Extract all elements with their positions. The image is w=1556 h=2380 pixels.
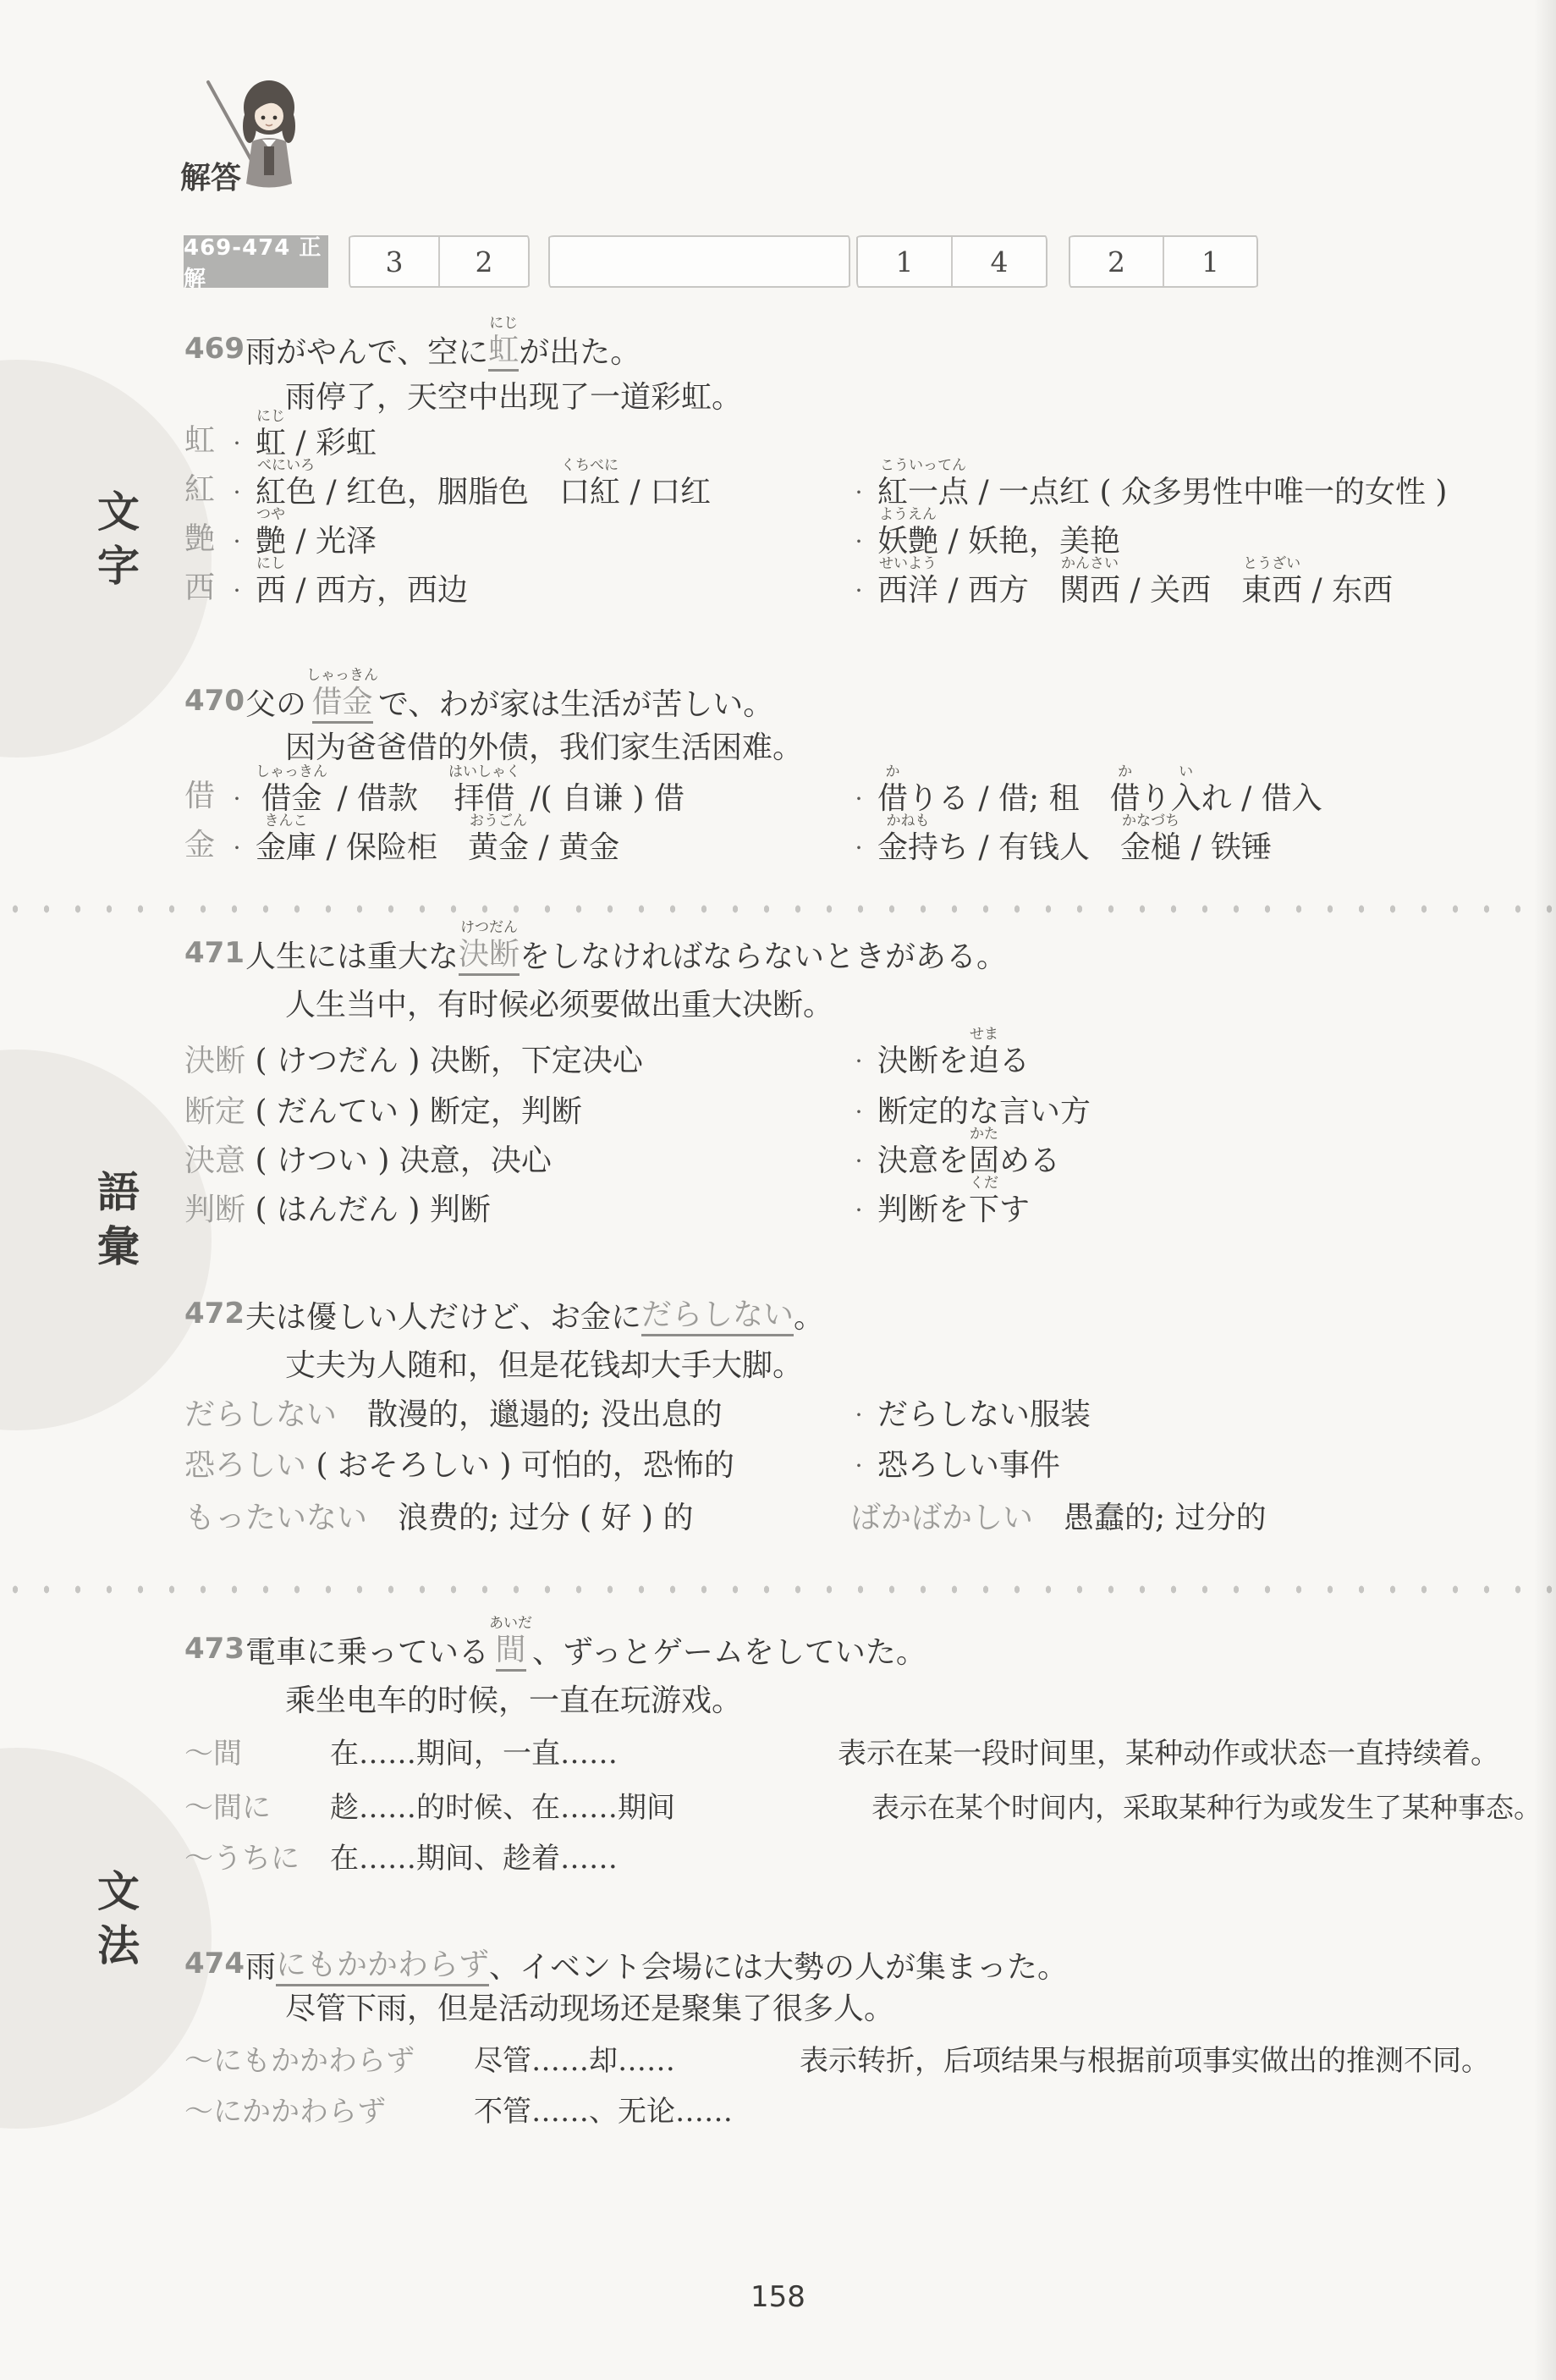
vocab-row: 紅 ・べにいろ紅色 / 红色，胭脂色 くちべに口紅 / 口红 ・こういってん紅一…	[184, 457, 1556, 511]
grammar-explanation: 表示在某个时间内，采取某种行为或发生了某种事态。	[871, 1789, 1542, 1826]
vocab-row: 虹 ・にじ虹 / 彩虹	[184, 408, 1556, 462]
dotted-divider	[0, 1583, 1556, 1596]
cn-translation-470: 因为爸爸借的外债，我们家生活困难。	[285, 730, 803, 767]
vocab-right: ・か借 りる / 借; 租 か借 りい入 れ / 借入	[850, 763, 1322, 818]
vocab-left: もったいない 浪费的; 过分 ( 好 ) 的	[184, 1483, 693, 1537]
grammar-row: 〜うちに 在……期间、趁着……	[184, 1823, 1556, 1877]
jp-sentence-471: 人生には重大なけつだん決断 をしなければならないときがある。	[245, 919, 1007, 976]
cn-translation-474: 尽管下雨，但是活动现场还是聚集了很多人。	[285, 1991, 894, 2028]
vocab-right: ・ だらしない服装	[850, 1380, 1091, 1434]
question-number-470: 470	[184, 682, 245, 719]
sidebar-tab-moji: 文字	[85, 489, 146, 598]
sidebar-tab-bunpou: 文法	[85, 1869, 146, 1977]
grammar-meaning: 不管……、无论……	[474, 2093, 733, 2130]
vocab-right: ・ようえん妖艶 / 妖艳，美艳	[850, 506, 1120, 560]
grammar-meaning: 趁……的时候、在……期间	[330, 1789, 675, 1826]
answer-cell-469: 3	[350, 237, 438, 286]
vocab-right: ・せいよう西洋 / 西方 かんさい関西 / 关西 とうざい東西 / 东西	[850, 555, 1393, 609]
grammar-row: 〜にかかわらず 不管……、无论……	[184, 2076, 1556, 2130]
grammar-term: 〜間	[184, 1735, 242, 1772]
question-number-472: 472	[184, 1295, 245, 1332]
answer-cell-473: 2	[1070, 237, 1163, 286]
answer-range-label: 469-474 正解	[184, 235, 328, 288]
cn-translation-471: 人生当中，有时候必须要做出重大决断。	[285, 987, 833, 1024]
headword: 西	[184, 564, 215, 607]
vocab-right: ・ 判断をくだ下 す	[850, 1175, 1030, 1229]
vocab-row: 恐ろしい ( おそろしい ) 可怕的，恐怖的 ・ 恐ろしい事件	[184, 1430, 1556, 1485]
jp-sentence-472: 夫は優しい人だけど、お金に だらしない 。	[245, 1280, 824, 1336]
answer-strip-2: 1 4	[856, 235, 1047, 288]
vocab-row: 西 ・にし西 / 西方，西边 ・せいよう西洋 / 西方 かんさい関西 / 关西 …	[184, 555, 1556, 609]
grammar-row: 〜間に 趁……的时候、在……期间 表示在某个时间内，采取某种行为或发生了某种事态…	[184, 1772, 1556, 1826]
vocab-right: ・ 恐ろしい事件	[850, 1430, 1060, 1485]
grammar-term: 〜にもかかわらず	[184, 2042, 415, 2080]
grammar-row: 〜間 在……期间，一直…… 表示在某一段时间里，某种动作或状态一直持续着。	[184, 1718, 1556, 1772]
vocab-right: ・ 断定的な言い方	[850, 1077, 1091, 1131]
headword: 虹	[184, 416, 215, 460]
cn-translation-473: 乘坐电车的时候，一直在玩游戏。	[285, 1683, 742, 1720]
headword: 金	[184, 821, 215, 864]
vocab-right: ・かねも金持 ち / 有钱人 かなづち金槌 / 铁锤	[850, 813, 1272, 867]
jp-sentence-473: 電車に乗っているあいだ間 、ずっとゲームをしていた。	[245, 1615, 926, 1672]
vocab-row: 艶 ・つや艶 / 光泽 ・ようえん妖艶 / 妖艳，美艳	[184, 506, 1556, 560]
question-number-471: 471	[184, 934, 245, 972]
vocab-left: ・にし西 / 西方，西边	[228, 555, 468, 609]
question-number-474: 474	[184, 1945, 245, 1982]
vocab-left: 決意 ( けつい ) 决意，决心	[184, 1126, 552, 1180]
scan-edge-shadow	[1534, 0, 1556, 2380]
vocab-row: 断定 ( だんてい ) 断定，判断 ・ 断定的な言い方	[184, 1077, 1556, 1131]
question-number-473: 473	[184, 1630, 245, 1667]
grammar-meaning: 在……期间，一直……	[330, 1735, 618, 1772]
headword: 艶	[184, 515, 215, 558]
grammar-meaning: 尽管……却……	[474, 2042, 675, 2080]
answer-cell-474: 1	[1163, 237, 1256, 286]
vocab-left: ・にじ虹 / 彩虹	[228, 408, 377, 462]
grammar-term: 〜うちに	[184, 1840, 300, 1877]
jp-sentence-470: 父のしゃっきん借金 で、わが家は生活が苦しい。	[245, 667, 773, 724]
vocab-left: ・つや艶 / 光泽	[228, 506, 377, 560]
answer-strip-spacer	[548, 235, 850, 288]
vocab-row: 金 ・きんこ金庫 / 保险柜 おうごん黄金 / 黄金 ・かねも金持 ち / 有钱…	[184, 813, 1556, 867]
page-number: 158	[0, 2280, 1556, 2314]
answer-cell-472: 4	[951, 237, 1046, 286]
grammar-term: 〜間に	[184, 1789, 271, 1826]
answer-cell-470: 2	[438, 237, 528, 286]
vocab-left: だらしない 散漫的，邋遢的; 没出息的	[184, 1380, 723, 1434]
vocab-left: 断定 ( だんてい ) 断定，判断	[184, 1077, 582, 1131]
sidebar-tab-goi: 語彙	[85, 1170, 146, 1278]
vocab-right: ばかばかしい 愚蠢的; 过分的	[850, 1483, 1267, 1537]
question-number-469: 469	[184, 330, 245, 367]
teacher-girl-illustration	[203, 72, 313, 212]
answer-strip-1: 3 2	[349, 235, 530, 288]
grammar-term: 〜にかかわらず	[184, 2093, 386, 2130]
vocab-right: ・ 決意をかた固 める	[850, 1126, 1060, 1180]
textbook-page: 文字 語彙 文法 解答 469-474 正解 3 2 1 4 2 1 469 雨…	[0, 0, 1556, 2380]
answer-cell-471: 1	[858, 237, 951, 286]
grammar-row: 〜にもかかわらず 尽管……却…… 表示转折，后项结果与根据前项事实做出的推测不同…	[184, 2025, 1556, 2080]
grammar-explanation: 表示在某一段时间里，某种动作或状态一直持续着。	[838, 1735, 1499, 1772]
grammar-explanation: 表示转折，后项结果与根据前项事实做出的推测不同。	[800, 2042, 1490, 2080]
vocab-left: 決断 ( けつだん ) 决断，下定决心	[184, 1026, 643, 1080]
vocab-row: 決意 ( けつい ) 决意，决心 ・ 決意をかた固 める	[184, 1126, 1556, 1180]
vocab-left: ・きんこ金庫 / 保险柜 おうごん黄金 / 黄金	[228, 813, 619, 867]
dotted-divider	[0, 902, 1556, 916]
vocab-row: もったいない 浪费的; 过分 ( 好 ) 的 ばかばかしい 愚蠢的; 过分的	[184, 1483, 1556, 1537]
vocab-row: 判断 ( はんだん ) 判断 ・ 判断をくだ下 す	[184, 1175, 1556, 1229]
vocab-left: ・しゃっきん借金 / 借款 はいしゃく拝借 /( 自谦 ) 借	[228, 763, 685, 818]
jp-sentence-469: 雨がやんで、空ににじ虹 が出た。	[245, 315, 641, 372]
vocab-right: ・こういってん紅一点 / 一点红 ( 众多男性中唯一的女性 )	[850, 457, 1447, 511]
vocab-row: だらしない 散漫的，邋遢的; 没出息的 ・ だらしない服装	[184, 1380, 1556, 1434]
headword: 借	[184, 772, 215, 815]
vocab-left: 恐ろしい ( おそろしい ) 可怕的，恐怖的	[184, 1430, 734, 1485]
vocab-left: ・べにいろ紅色 / 红色，胭脂色 くちべに口紅 / 口红	[228, 457, 711, 511]
jp-sentence-474: 雨 にもかかわらず 、イベント会場には大勢の人が集まった。	[245, 1930, 1068, 1986]
answer-strip-3: 2 1	[1069, 235, 1258, 288]
vocab-right: ・ 決断をせま迫 る	[850, 1026, 1030, 1080]
vocab-row: 決断 ( けつだん ) 决断，下定决心 ・ 決断をせま迫 る	[184, 1026, 1556, 1080]
vocab-left: 判断 ( はんだん ) 判断	[184, 1175, 491, 1229]
vocab-row: 借 ・しゃっきん借金 / 借款 はいしゃく拝借 /( 自谦 ) 借 ・か借 りる…	[184, 763, 1556, 818]
grammar-meaning: 在……期间、趁着……	[330, 1840, 618, 1877]
headword: 紅	[184, 466, 215, 509]
